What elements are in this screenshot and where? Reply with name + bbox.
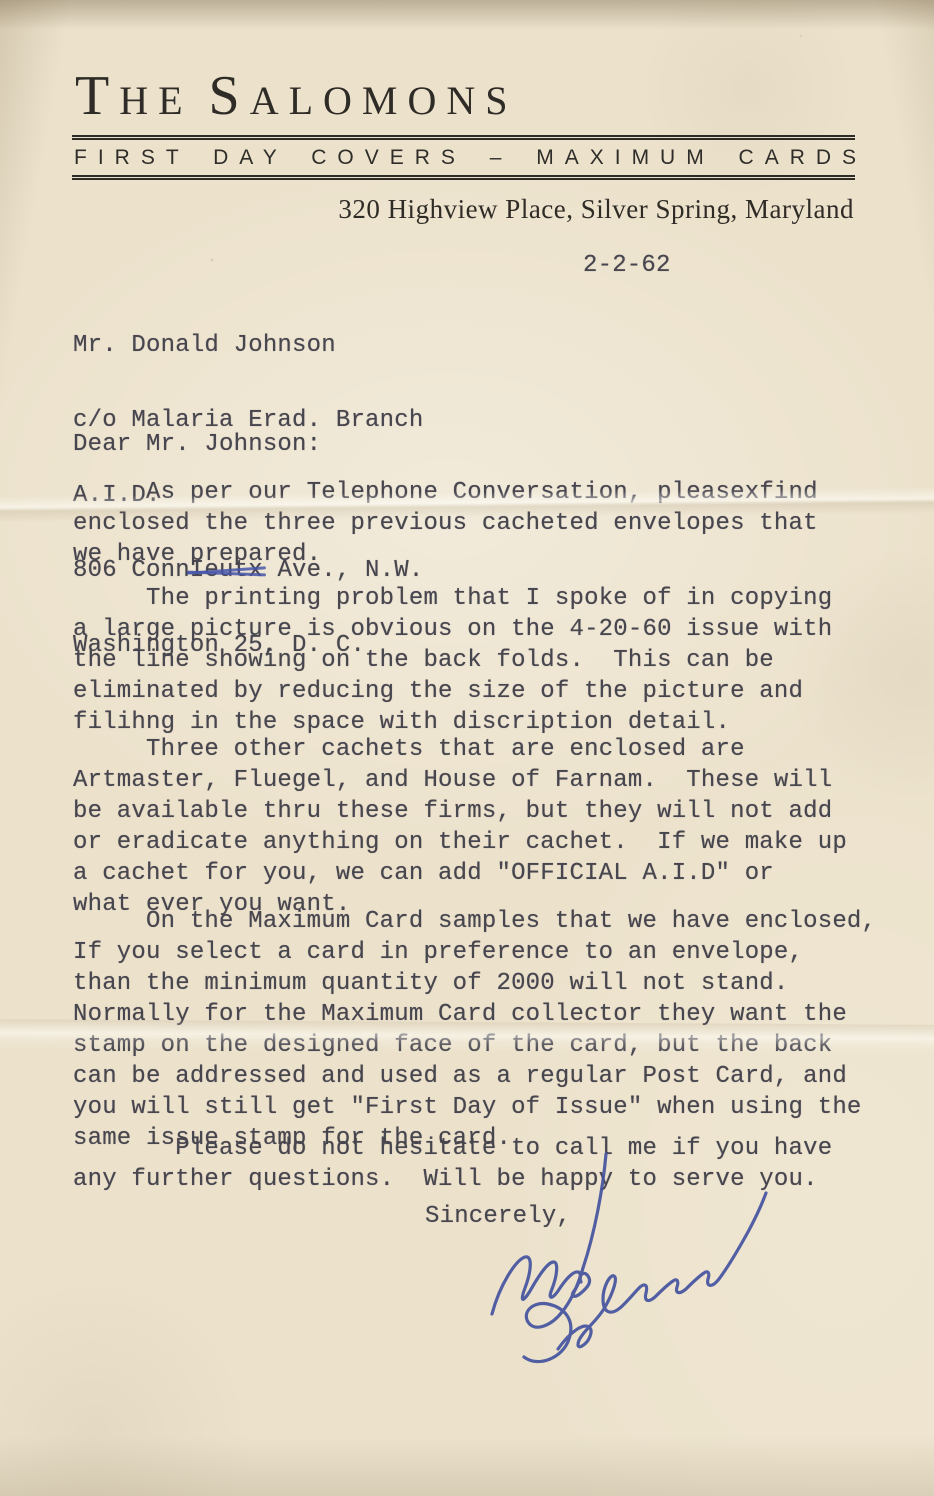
scanned-letter: THESALOMONS FIRST DAY COVERS – MAXIMUM C… — [0, 0, 934, 1496]
brand-initial: T — [75, 65, 119, 127]
letter-date: 2-2-62 — [583, 252, 671, 279]
handwritten-signature: Mrs Salomon — [432, 1146, 782, 1386]
body-paragraph-1: As per our Telephone Conversation, pleas… — [73, 477, 918, 570]
recipient-care-of: c/o Malaria Erad. Branch — [73, 408, 423, 433]
recipient-name: Mr. Donald Johnson — [73, 333, 423, 358]
body-paragraph-4: On the Maximum Card samples that we have… — [73, 906, 918, 1154]
brand-rest: ALOMONS — [250, 78, 518, 123]
brand-rest: HE — [119, 78, 192, 123]
salutation: Dear Mr. Johnson: — [73, 431, 321, 458]
letterhead-tagline: FIRST DAY COVERS – MAXIMUM CARDS — [74, 146, 859, 170]
letterhead-rule-top — [72, 135, 855, 141]
letterhead-address: 320 Highview Place, Silver Spring, Maryl… — [338, 194, 854, 225]
body-paragraph-3: Three other cachets that are enclosed ar… — [73, 734, 918, 920]
letterhead-brand: THESALOMONS — [75, 68, 518, 124]
brand-initial: S — [209, 65, 250, 127]
signature-ink-strokes — [432, 1146, 782, 1386]
letterhead-rule-bottom — [72, 175, 855, 181]
body-paragraph-2: The printing problem that I spoke of in … — [73, 583, 918, 738]
